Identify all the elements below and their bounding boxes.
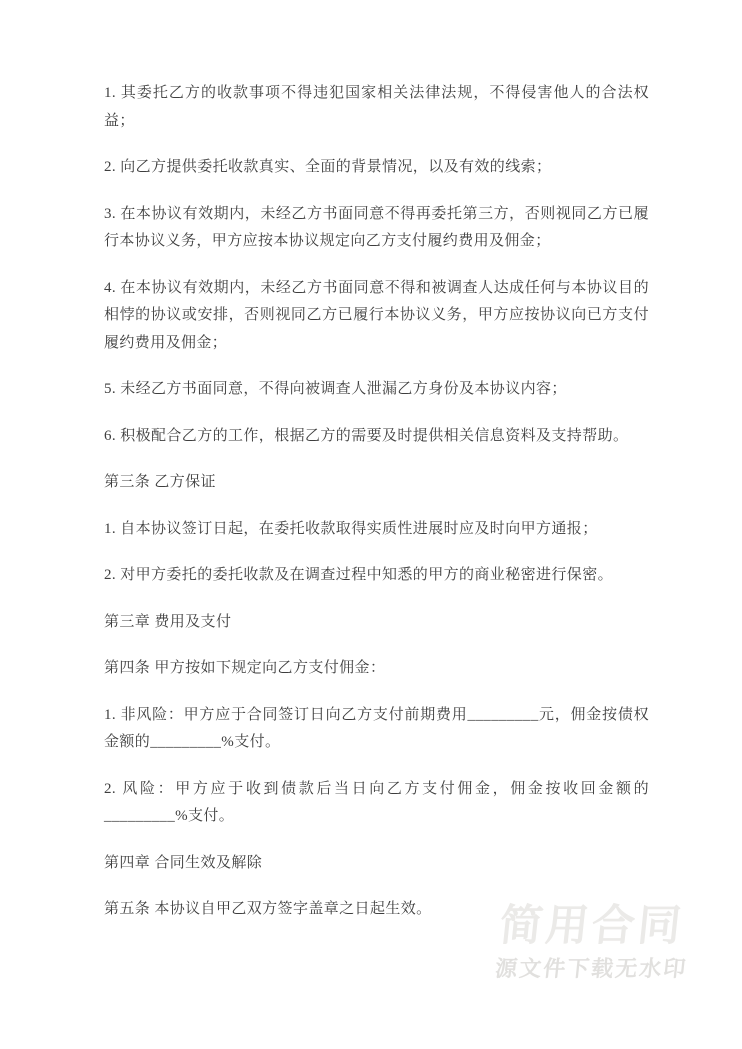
clause-paragraph: 第五条 本协议自甲乙双方签字盖章之日起生效。: [104, 896, 649, 924]
clause-paragraph: 1. 自本协议签订日起，在委托收款取得实质性进展时应及时向甲方通报；: [104, 516, 649, 544]
clause-paragraph: 3. 在本协议有效期内，未经乙方书面同意不得再委托第三方，否则视同乙方已履行本协…: [104, 201, 649, 256]
clause-paragraph: 2. 风险：甲方应于收到债款后当日向乙方支付佣金，佣金按收回金额的_______…: [104, 776, 649, 831]
clause-paragraph: 5. 未经乙方书面同意，不得向被调查人泄漏乙方身份及本协议内容；: [104, 376, 649, 404]
section-heading: 第四章 合同生效及解除: [104, 850, 649, 878]
clause-paragraph: 1. 其委托乙方的收款事项不得违犯国家相关法律法规，不得侵害他人的合法权益；: [104, 80, 649, 135]
section-heading: 第三章 费用及支付: [104, 609, 649, 637]
section-heading: 第三条 乙方保证: [104, 469, 649, 497]
contract-page: 1. 其委托乙方的收款事项不得违犯国家相关法律法规，不得侵害他人的合法权益；2.…: [0, 0, 742, 1049]
contract-body: 1. 其委托乙方的收款事项不得违犯国家相关法律法规，不得侵害他人的合法权益；2.…: [104, 80, 649, 943]
clause-paragraph: 2. 对甲方委托的委托收款及在调查过程中知悉的甲方的商业秘密进行保密。: [104, 562, 649, 590]
clause-paragraph: 6. 积极配合乙方的工作，根据乙方的需要及时提供相关信息资料及支持帮助。: [104, 423, 649, 451]
clause-paragraph: 4. 在本协议有效期内，未经乙方书面同意不得和被调查人达成任何与本协议目的相悖的…: [104, 275, 649, 358]
watermark-subtitle: 源文件下载无水印: [494, 957, 689, 981]
clause-paragraph: 2. 向乙方提供委托收款真实、全面的背景情况，以及有效的线索；: [104, 154, 649, 182]
section-heading: 第四条 甲方按如下规定向乙方支付佣金：: [104, 655, 649, 683]
clause-paragraph: 1. 非风险：甲方应于合同签订日向乙方支付前期费用_________元，佣金按债…: [104, 702, 649, 757]
